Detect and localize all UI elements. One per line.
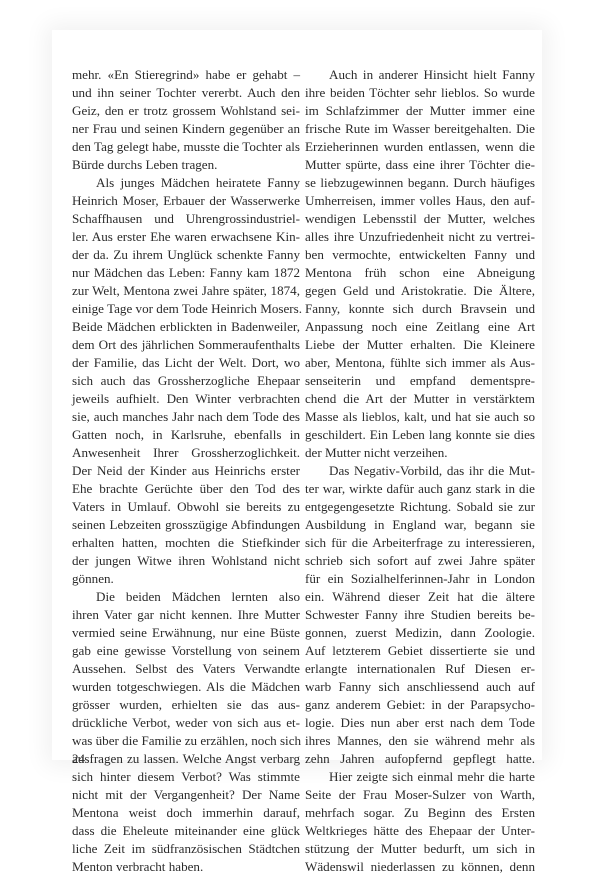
text-line: Aussehen. Selbst des Vaters Verwandte [72, 660, 300, 678]
text-line: der jungen Witwe ihren Wohlstand nicht [72, 552, 300, 570]
text-line: ner Frau und seinen Kindern gegenüber an [72, 120, 300, 138]
text-line: entgegengesetzte Richtung. Sobald sie zu… [305, 498, 535, 516]
text-line: einige Tage vor dem Tode Heinrich Mosers… [72, 300, 300, 318]
text-line: Erzieherinnen wurden entlassen, wenn die [305, 138, 535, 156]
text-line: Ehe brachte Gerüchte über den Tod des [72, 480, 300, 498]
text-line: ganz anderem Gebiet: in der Parapsycho- [305, 696, 535, 714]
text-line: Geiz, den er trotz grossem Wohlstand sei… [72, 102, 300, 120]
text-line: sich hinter diesem Verbot? Was stimmte [72, 768, 300, 786]
text-line: sie, auch manches Jahr nach dem Tode des [72, 408, 300, 426]
text-line: Als junges Mädchen heiratete Fanny [72, 174, 300, 192]
text-line: den Tag gelegt habe, musste die Tochter … [72, 138, 300, 156]
text-line: jeweils aufhielt. Den Winter verbrachten [72, 390, 300, 408]
text-line: aber, Mentona, fühlte sich immer als Aus… [305, 354, 535, 372]
text-line: Ausbildung in England war, begann sie [305, 516, 535, 534]
text-line: Anpassung noch eine Zeitlang eine Art [305, 318, 535, 336]
text-line: Anwesenheit Ihrer Grossherzoglichkeit. [72, 444, 300, 462]
text-line: der da. Zu ihrem Unglück schenkte Fanny [72, 246, 300, 264]
text-line: gönnen. [72, 570, 300, 588]
text-line: Auf letzterem Gebiet dissertierte sie un… [305, 642, 535, 660]
text-line: seinen Lebzeiten grosszügige Abfindungen [72, 516, 300, 534]
text-line: Schwester Fanny ihre Studien bereits be- [305, 606, 535, 624]
text-line: Liebe der Mutter erhalten. Die Kleinere [305, 336, 535, 354]
text-line: ben vermochte, entwickelten Fanny und [305, 246, 535, 264]
text-line: drückliche Verbot, weder von sich aus et… [72, 714, 300, 732]
text-line: Auch in anderer Hinsicht hielt Fanny [305, 66, 535, 84]
text-line: Schaffhausen und Uhrengrossindustriel- [72, 210, 300, 228]
text-line: Hier zeigte sich einmal mehr die harte [305, 768, 535, 786]
text-line: Vaters in Umlauf. Obwohl sie bereits zu [72, 498, 300, 516]
text-line: sich auch das Grossherzogliche Ehepaar [72, 372, 300, 390]
right-text-column: Auch in anderer Hinsicht hielt Fannyihre… [305, 66, 535, 800]
text-line: se liebzugewinnen begann. Durch häufiges [305, 174, 535, 192]
text-line: chend die Art der Mutter in verstärktem [305, 390, 535, 408]
text-line: Mutter spürte, dass eine ihrer Töchter d… [305, 156, 535, 174]
text-line: ausfragen zu lassen. Welche Angst verbar… [72, 750, 300, 768]
text-line: nicht mit der Vergangenheit? Der Name [72, 786, 300, 800]
text-line: dem Ort des jährlichen Sommeraufenthalts [72, 336, 300, 354]
text-line: wurden totgeschwiegen. Als die Mädchen [72, 678, 300, 696]
text-line: Bürde durchs Leben tragen. [72, 156, 300, 174]
text-line: für ein Sozialhelferinnen-Jahr in London [305, 570, 535, 588]
text-line: Der Neid der Kinder aus Heinrichs erster [72, 462, 300, 480]
text-line: Gatten noch, in Karlsruhe, ebenfalls in [72, 426, 300, 444]
text-line: der Familie, das Licht der Welt. Dort, w… [72, 354, 300, 372]
text-line: erhalten hatten, mochten die Stiefkinder [72, 534, 300, 552]
text-line: ein. Während dieser Zeit hat die ältere [305, 588, 535, 606]
text-line: gab eine gewisse Vorstellung von seinem [72, 642, 300, 660]
page-number: 24 [72, 751, 85, 767]
text-line: ler. Aus erster Ehe waren erwachsene Kin… [72, 228, 300, 246]
text-line: ter war, wirkte dafür auch ganz stark in… [305, 480, 535, 498]
text-line: Beide Mädchen erblickten in Badenweiler, [72, 318, 300, 336]
text-line: der Mutter nicht verzeihen. [305, 444, 535, 462]
text-line: Heinrich Moser, Erbauer der Wasserwerke [72, 192, 300, 210]
text-line: schrieb sich sofort auf zwei Jahre späte… [305, 552, 535, 570]
text-line: senseiterin und empfand dementspre- [305, 372, 535, 390]
text-line: wendigen Lebensstil der Mutter, welches [305, 210, 535, 228]
text-line: Umherreisen, immer volles Haus, den auf- [305, 192, 535, 210]
text-line: Masse als lieblos, kalt, und hat sie auc… [305, 408, 535, 426]
text-line: nur Mädchen das Leben: Fanny kam 1872 [72, 264, 300, 282]
text-line: zur Welt, Mentona zwei Jahre später, 187… [72, 282, 300, 300]
left-text-column: mehr. «En Stieregrind» habe er gehabt –u… [72, 66, 300, 800]
text-line: warb Fanny sich anschliessend auch auf [305, 678, 535, 696]
text-line: ihren Vater gar nicht kennen. Ihre Mutte… [72, 606, 300, 624]
text-line: logie. Dies nun aber erst nach dem Tode [305, 714, 535, 732]
text-line: Die beiden Mädchen lernten also [72, 588, 300, 606]
text-line: alles ihre Unzufriedenheit nicht zu vert… [305, 228, 535, 246]
text-line: Das Negativ-Vorbild, das ihr die Mut- [305, 462, 535, 480]
text-line: vermied seine Erwähnung, nur eine Büste [72, 624, 300, 642]
text-line: ihres Mannes, den sie während mehr als [305, 732, 535, 750]
text-line: ihre beiden Töchter sehr lieblos. So wur… [305, 84, 535, 102]
text-line: zehn Jahren aufopfernd gepflegt hatte. [305, 750, 535, 768]
text-line: sich für die Arbeiterfrage zu interessie… [305, 534, 535, 552]
text-line: im Schlafzimmer der Mutter immer eine [305, 102, 535, 120]
text-line: was über die Familie zu erzählen, noch s… [72, 732, 300, 750]
text-line: geschildert. Ein Leben lang konnte sie d… [305, 426, 535, 444]
text-line: und ihn seiner Tochter vererbt. Auch den [72, 84, 300, 102]
text-line: frische Rute im Wasser bereitgehalten. D… [305, 120, 535, 138]
text-line: gegen Geld und Aristokratie. Die Ältere, [305, 282, 535, 300]
text-line: Seite der Frau Moser-Sulzer von Warth, [305, 786, 535, 800]
text-line: gonnen, zuerst Medizin, dann Zoologie. [305, 624, 535, 642]
text-line: grösser wurden, erhielten sie das aus- [72, 696, 300, 714]
text-line: mehr. «En Stieregrind» habe er gehabt – [72, 66, 300, 84]
text-line: erlangte internationalen Ruf Diesen er- [305, 660, 535, 678]
text-line: Mentona früh schon eine Abneigung [305, 264, 535, 282]
text-line: Fanny, konnte sich durch Bravsein und [305, 300, 535, 318]
